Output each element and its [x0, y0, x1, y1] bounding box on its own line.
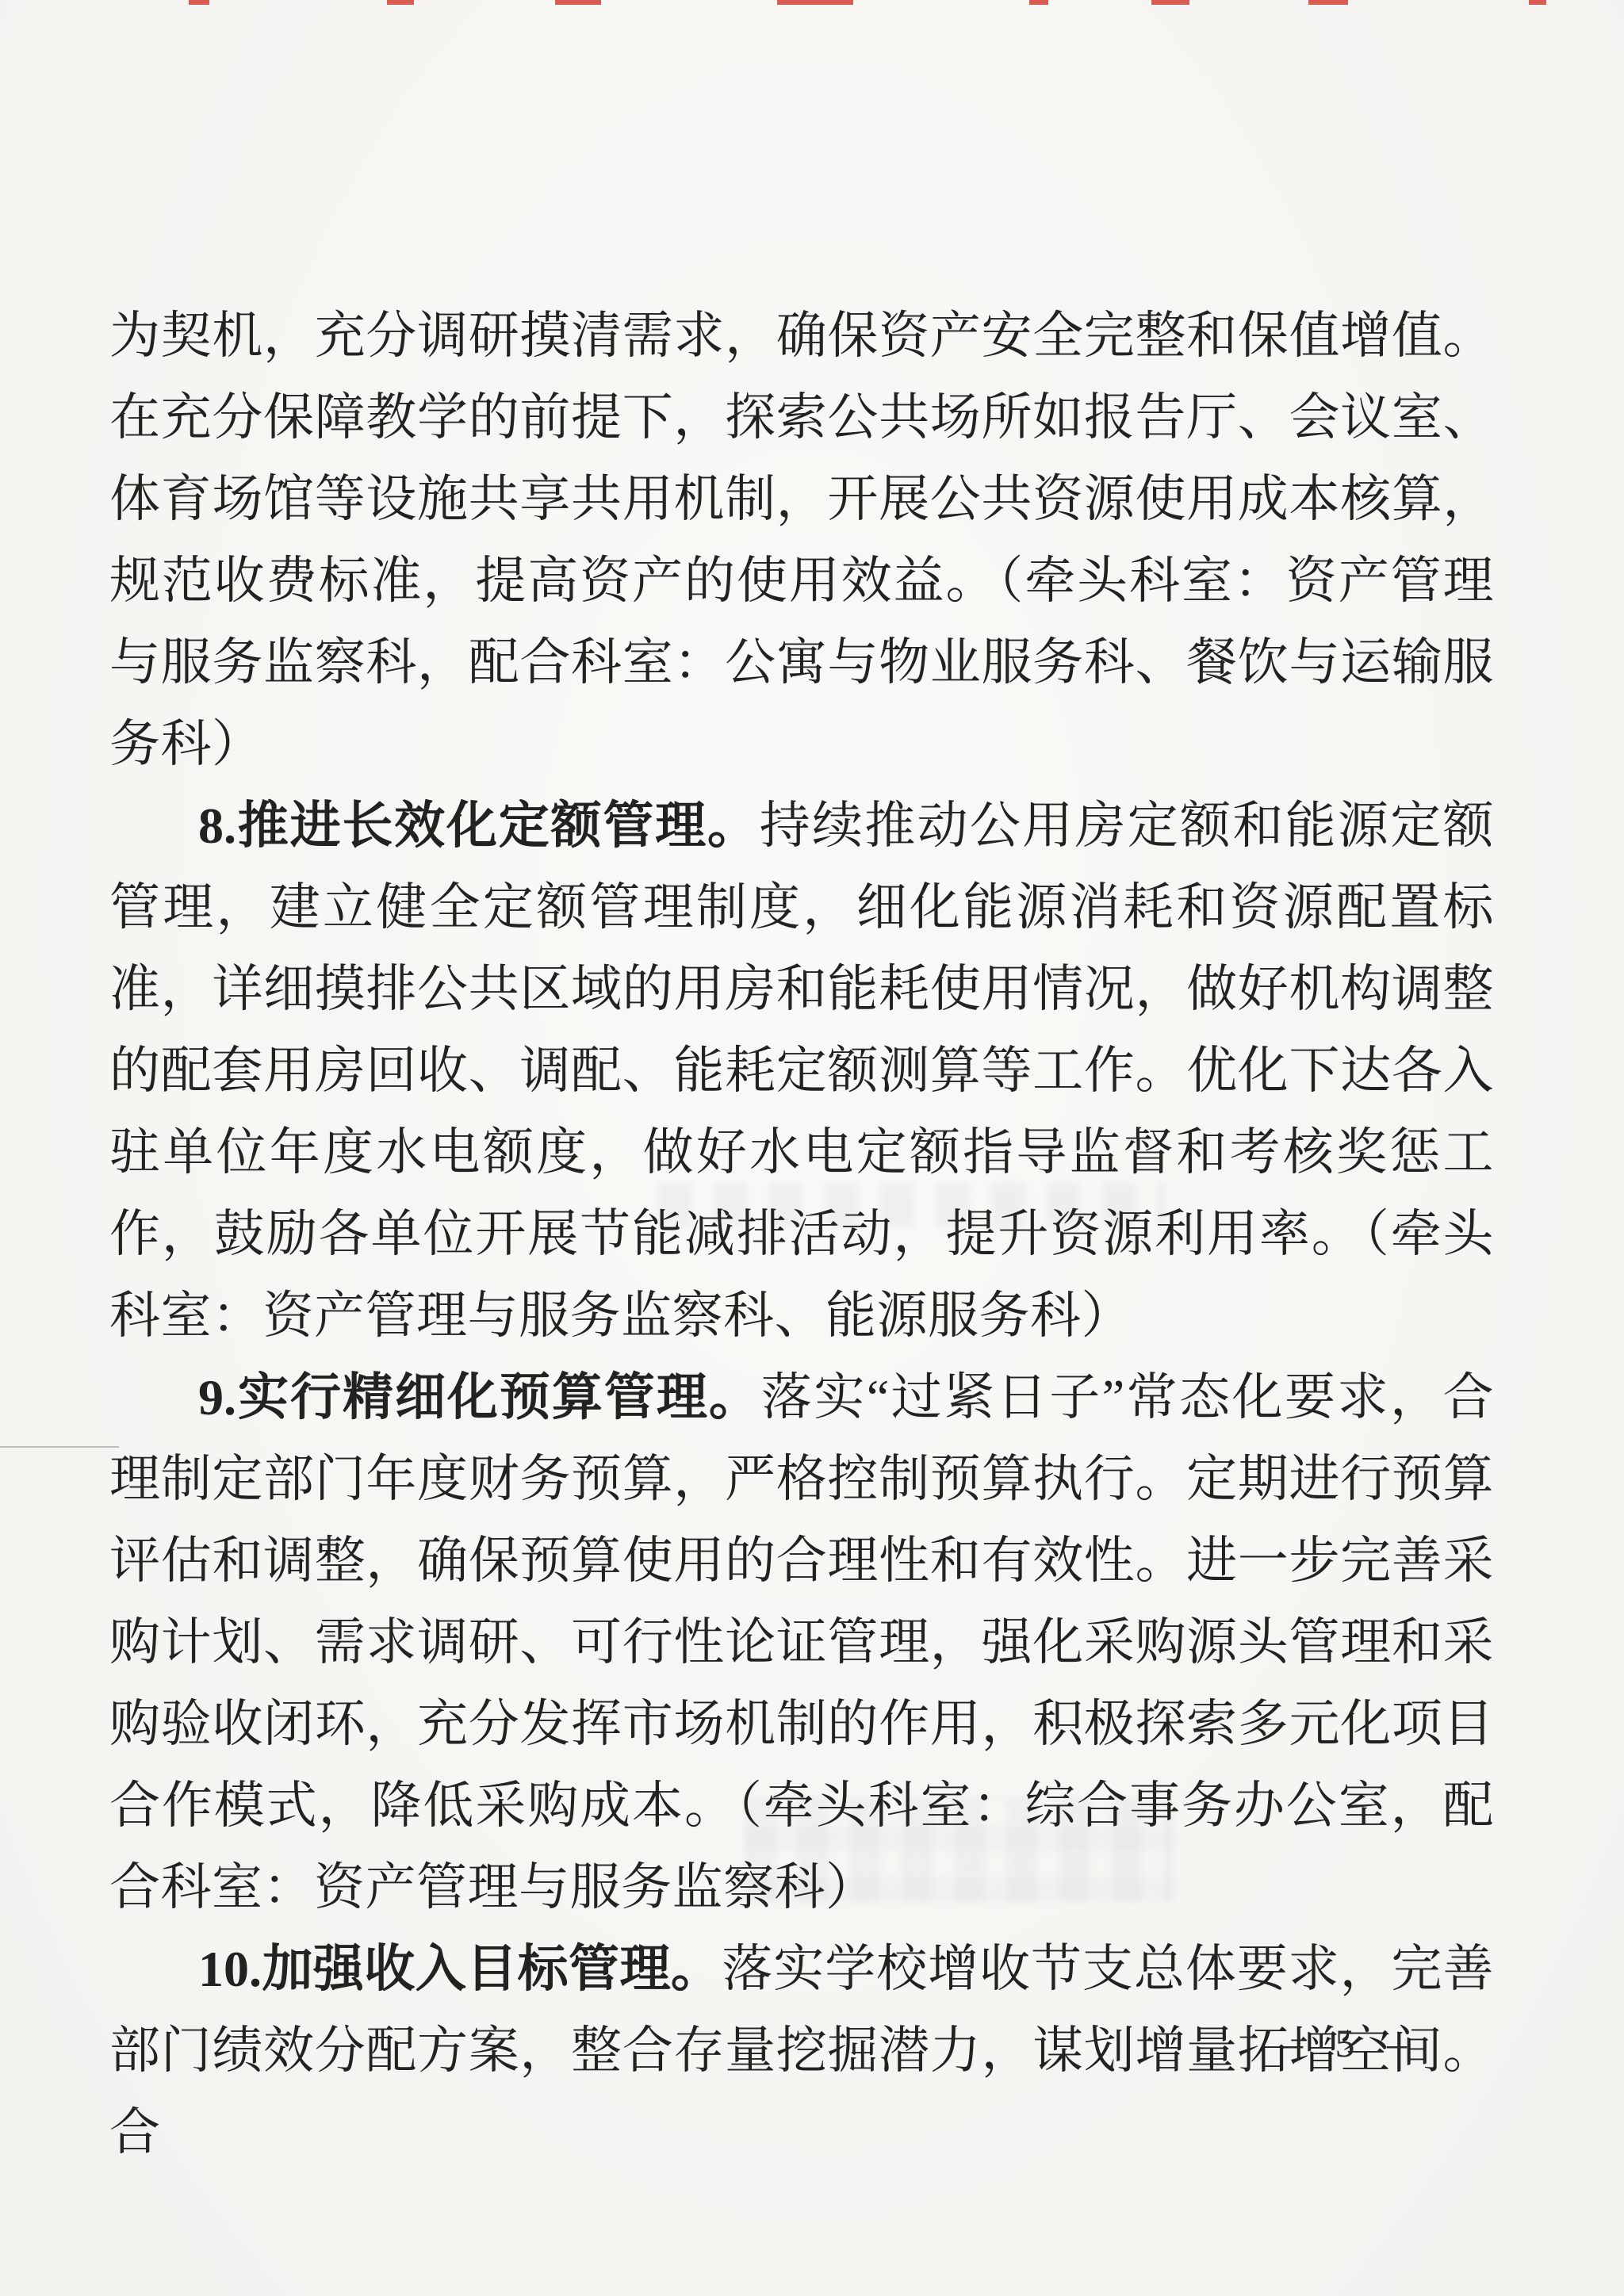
item-9-text: 落实“过紧日子”常态化要求，合理制定部门年度财务预算，严格控制预算执行。定期进行… — [109, 1369, 1494, 1915]
document-body: 为契机，充分调研摸清需求，确保资产安全完整和保值增值。在充分保障教学的前提下，探… — [109, 295, 1494, 2173]
paragraph-continuation-text: 为契机，充分调研摸清需求，确保资产安全完整和保值增值。在充分保障教学的前提下，探… — [109, 308, 1494, 772]
scan-artifact-red-dash — [1308, 0, 1348, 5]
scan-artifact-line — [0, 1446, 119, 1448]
paragraph-item-9: 9.实行精细化预算管理。落实“过紧日子”常态化要求，合理制定部门年度财务预算，严… — [109, 1357, 1494, 1928]
scan-artifact-red-dash — [1151, 0, 1189, 5]
paragraph-continuation: 为契机，充分调研摸清需求，确保资产安全完整和保值增值。在充分保障教学的前提下，探… — [109, 295, 1494, 785]
scan-artifact-red-dash — [1029, 0, 1048, 5]
paragraph-item-8: 8.推进长效化定额管理。持续推动公用房定额和能源定额管理，建立健全定额管理制度，… — [109, 785, 1494, 1357]
page-number: – 5 – — [1283, 2020, 1418, 2066]
item-8-text: 持续推动公用房定额和能源定额管理，建立健全定额管理制度，细化能源消耗和资源配置标… — [109, 798, 1494, 1344]
scan-artifact-red-dash — [555, 0, 601, 5]
item-8-heading: 8.推进长效化定额管理。 — [198, 798, 760, 854]
scan-artifact-red-dash — [387, 0, 414, 5]
item-9-heading: 9.实行精细化预算管理。 — [198, 1369, 761, 1425]
scan-artifact-red-dash — [189, 0, 209, 5]
scan-artifact-red-dash — [777, 0, 853, 5]
item-10-heading: 10.加强收入目标管理。 — [198, 1941, 722, 1997]
scan-artifact-red-dash — [1529, 0, 1546, 5]
scanned-document-page: 为契机，充分调研摸清需求，确保资产安全完整和保值增值。在充分保障教学的前提下，探… — [0, 0, 1624, 2296]
